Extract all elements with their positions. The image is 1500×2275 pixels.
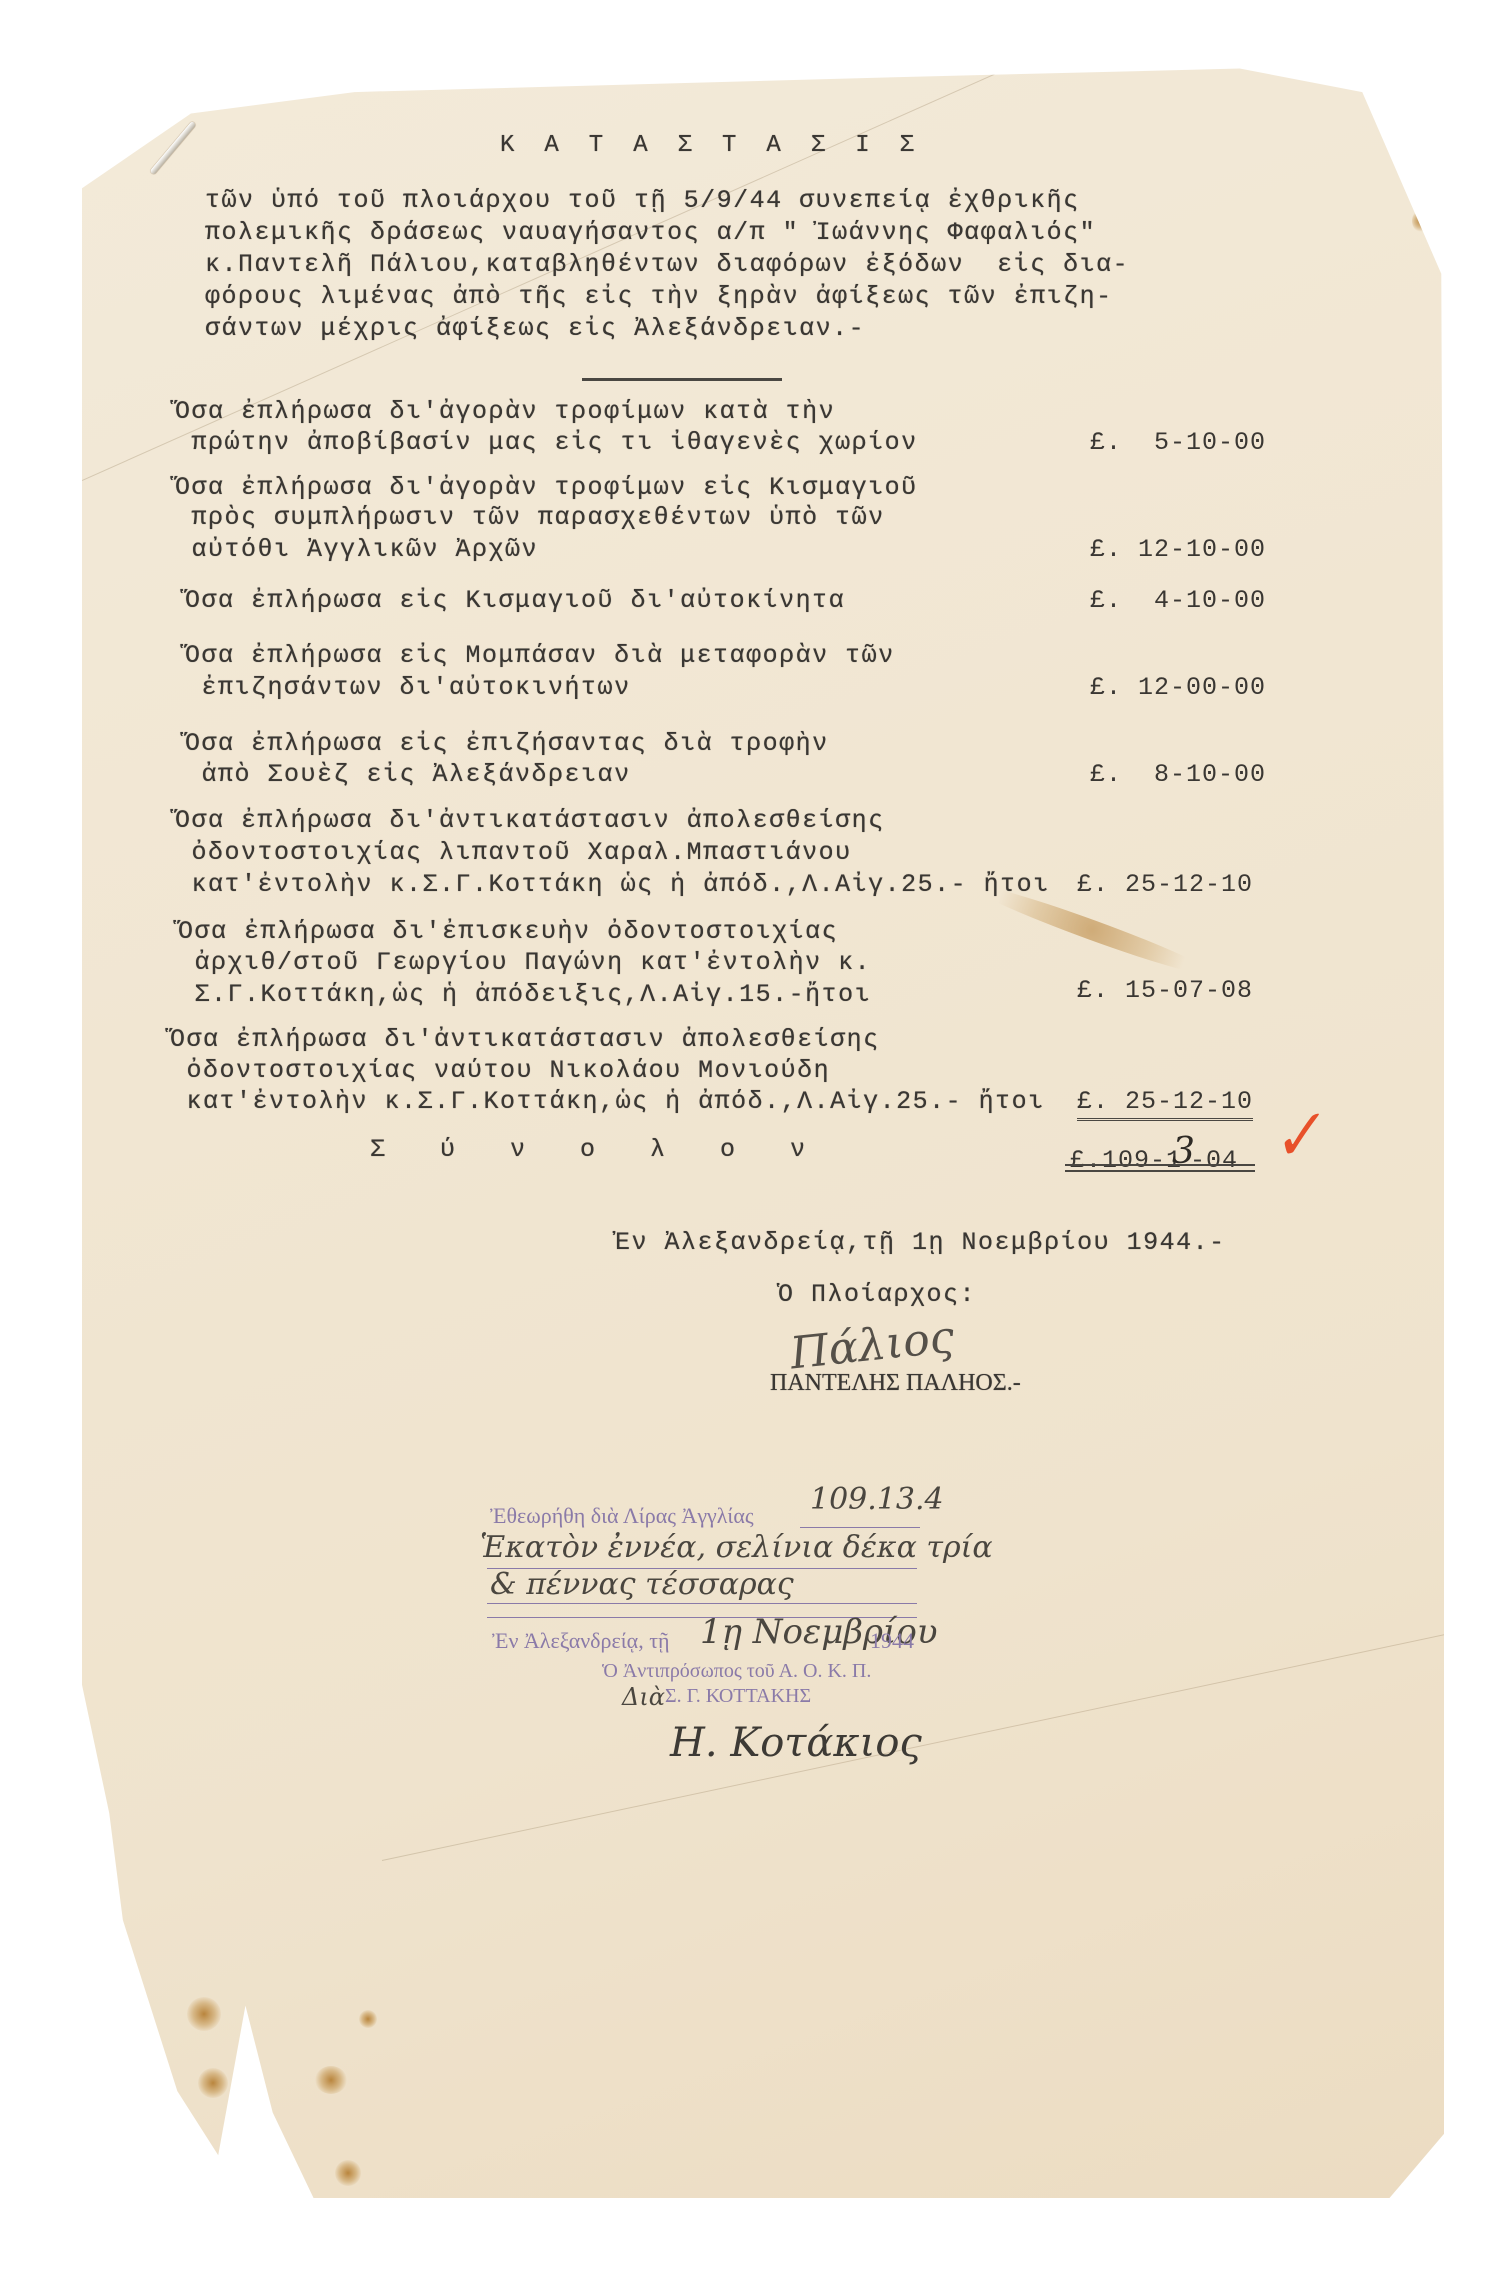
item-line: πρώτην ἀποβίβασίν μας εἰς τι ἰθαγενὲς χω… — [175, 428, 918, 457]
item-line: Ὅσα ἐπλήρωσα δι'ἀγορὰν τροφίμων κατὰ τὴν — [175, 397, 835, 426]
stamp-representative: Ὁ Ἀντιπρόσωπος τοῦ Α. Ο. Κ. Π. — [602, 1660, 871, 1683]
item-amount: £. 8-10-00 — [1090, 760, 1266, 789]
foxing-stain — [187, 1997, 221, 2031]
item-line: Ὅσα ἐπλήρωσα δι'ἀγορὰν τροφίμων εἰς Κισμ… — [175, 473, 918, 502]
item-line: Ὅσα ἐπλήρωσα εἰς ἐπιζήσαντας διὰ τροφὴν — [185, 729, 829, 758]
total-underline — [1065, 1170, 1255, 1172]
stamp-certified-label: Ἐθεωρήθη διὰ Λίρας Ἀγγλίας — [490, 1503, 754, 1529]
foxing-stain — [335, 2160, 361, 2186]
intro-line: σάντων μέχρις ἀφίξεως εἰς Ἀλεξάνδρειαν.- — [205, 314, 865, 343]
item-line: ἐπιζησάντων δι'αὐτοκινήτων — [185, 673, 631, 702]
foxing-stain — [165, 2110, 191, 2136]
foxing-stain — [359, 2010, 377, 2028]
item-line: Σ.Γ.Κοττάκη,ὡς ἡ ἀπόδειξις,Λ.Αἰγ.15.-ἤτο… — [178, 980, 871, 1009]
captain-name: ΠΑΝΤΕΛΗΣ ΠΑΛΗΟΣ.- — [770, 1370, 1021, 1397]
handwritten-per: Διὰ — [622, 1683, 665, 1711]
handwritten-amount: 109.13.4 — [810, 1482, 944, 1517]
item-amount: £. 15-07-08 — [1077, 976, 1253, 1005]
separator-rule — [582, 378, 782, 381]
item-line: Ὅσα ἐπλήρωσα δι'ἐπισκευὴν ὀδοντοστοιχίας — [178, 917, 838, 946]
handwritten-amount-words: & πέννας τέσσαρας — [490, 1567, 794, 1602]
item-amount: £. 5-10-00 — [1090, 428, 1266, 457]
item-line: κατ'ἐντολὴν κ.Σ.Γ.Κοττάκη,ὡς ἡ ἀπόδ.,Λ.Α… — [170, 1087, 1045, 1116]
document-title: ΚΑΤΑΣΤΑΣΙΣ — [500, 132, 944, 159]
total-label: Σ ύ ν ο λ ο ν — [370, 1135, 825, 1164]
intro-line: φόρους λιμένας ἀπὸ τῆς εἰς τὴν ξηρὰν ἀφί… — [205, 282, 1113, 311]
foxing-stain — [198, 2068, 228, 2098]
item-amount: £. 12-00-00 — [1090, 673, 1266, 702]
stamp-rep-name: Σ. Γ. ΚΟΤΤΑΚΗΣ — [665, 1685, 811, 1708]
intro-line: πολεμικῆς δράσεως ναυαγήσαντος α/π " Ἰωά… — [205, 218, 1096, 247]
item-line: Ὅσα ἐπλήρωσα δι'ἀντικατάστασιν ἀπολεσθεί… — [170, 1025, 880, 1054]
stamp-line — [800, 1527, 920, 1528]
intro-line: κ.Παντελῆ Πάλιου,καταβληθέντων διαφόρων … — [205, 250, 1129, 279]
handwritten-amount-words: Ἑκατὸν ἐννέα, σελίνια δέκα τρία — [480, 1530, 993, 1565]
captain-role: Ὁ Πλοίαρχος: — [778, 1280, 976, 1309]
item-amount: £. 25-12-10 — [1077, 870, 1253, 899]
total-underline — [1065, 1164, 1255, 1166]
item-line: Ὅσα ἐπλήρωσα εἰς Μομπάσαν διὰ μεταφορὰν … — [185, 641, 895, 670]
foxing-stain — [1412, 210, 1430, 232]
intro-line: τῶν ὑπό τοῦ πλοιάρχου τοῦ τῇ 5/9/44 συνε… — [205, 186, 1080, 215]
item-line: ὀδοντοστοιχίας ναύτου Νικολάου Μονιούδη — [170, 1056, 830, 1085]
item-amount: £. 4-10-00 — [1090, 586, 1266, 615]
stamp-date-label: Ἐν Ἀλεξανδρείᾳ, τῇ — [492, 1628, 670, 1654]
item-line: ἀπὸ Σουὲζ εἰς Ἀλεξάνδρειαν — [185, 760, 631, 789]
item-amount: £. 12-10-00 — [1090, 535, 1266, 564]
item-line: Ὅσα ἐπλήρωσα δι'ἀντικατάστασιν ἀπολεσθεί… — [175, 806, 885, 835]
stamp-year: 1944 — [870, 1628, 914, 1654]
item-line: κατ'ἐντολὴν κ.Σ.Γ.Κοττάκη ὡς ἡ ἀπόδ.,Λ.Α… — [175, 870, 1050, 899]
stamp-line — [487, 1603, 917, 1604]
item-line: πρὸς συμπλήρωσιν τῶν παρασχεθέντων ὑπὸ τ… — [175, 503, 885, 532]
place-date: Ἐν Ἀλεξανδρείᾳ,τῇ 1ῃ Νοεμβρίου 1944.- — [615, 1228, 1226, 1257]
item-line: αὐτόθι Ἀγγλικῶν Ἀρχῶν — [175, 535, 538, 564]
representative-signature: Η. Κοτάκιος — [670, 1720, 922, 1766]
item-line: ἀρχιθ/στοῦ Γεωργίου Παγώνη κατ'ἐντολὴν κ… — [178, 948, 871, 977]
foxing-stain — [315, 2066, 347, 2094]
item-amount: £. 25-12-10 — [1077, 1087, 1253, 1121]
item-line: ὀδοντοστοιχίας λιπαντοῦ Χαραλ.Μπαστιάνου — [175, 838, 852, 867]
item-line: Ὅσα ἐπλήρωσα εἰς Κισμαγιοῦ δι'αὐτοκίνητα — [185, 586, 845, 615]
